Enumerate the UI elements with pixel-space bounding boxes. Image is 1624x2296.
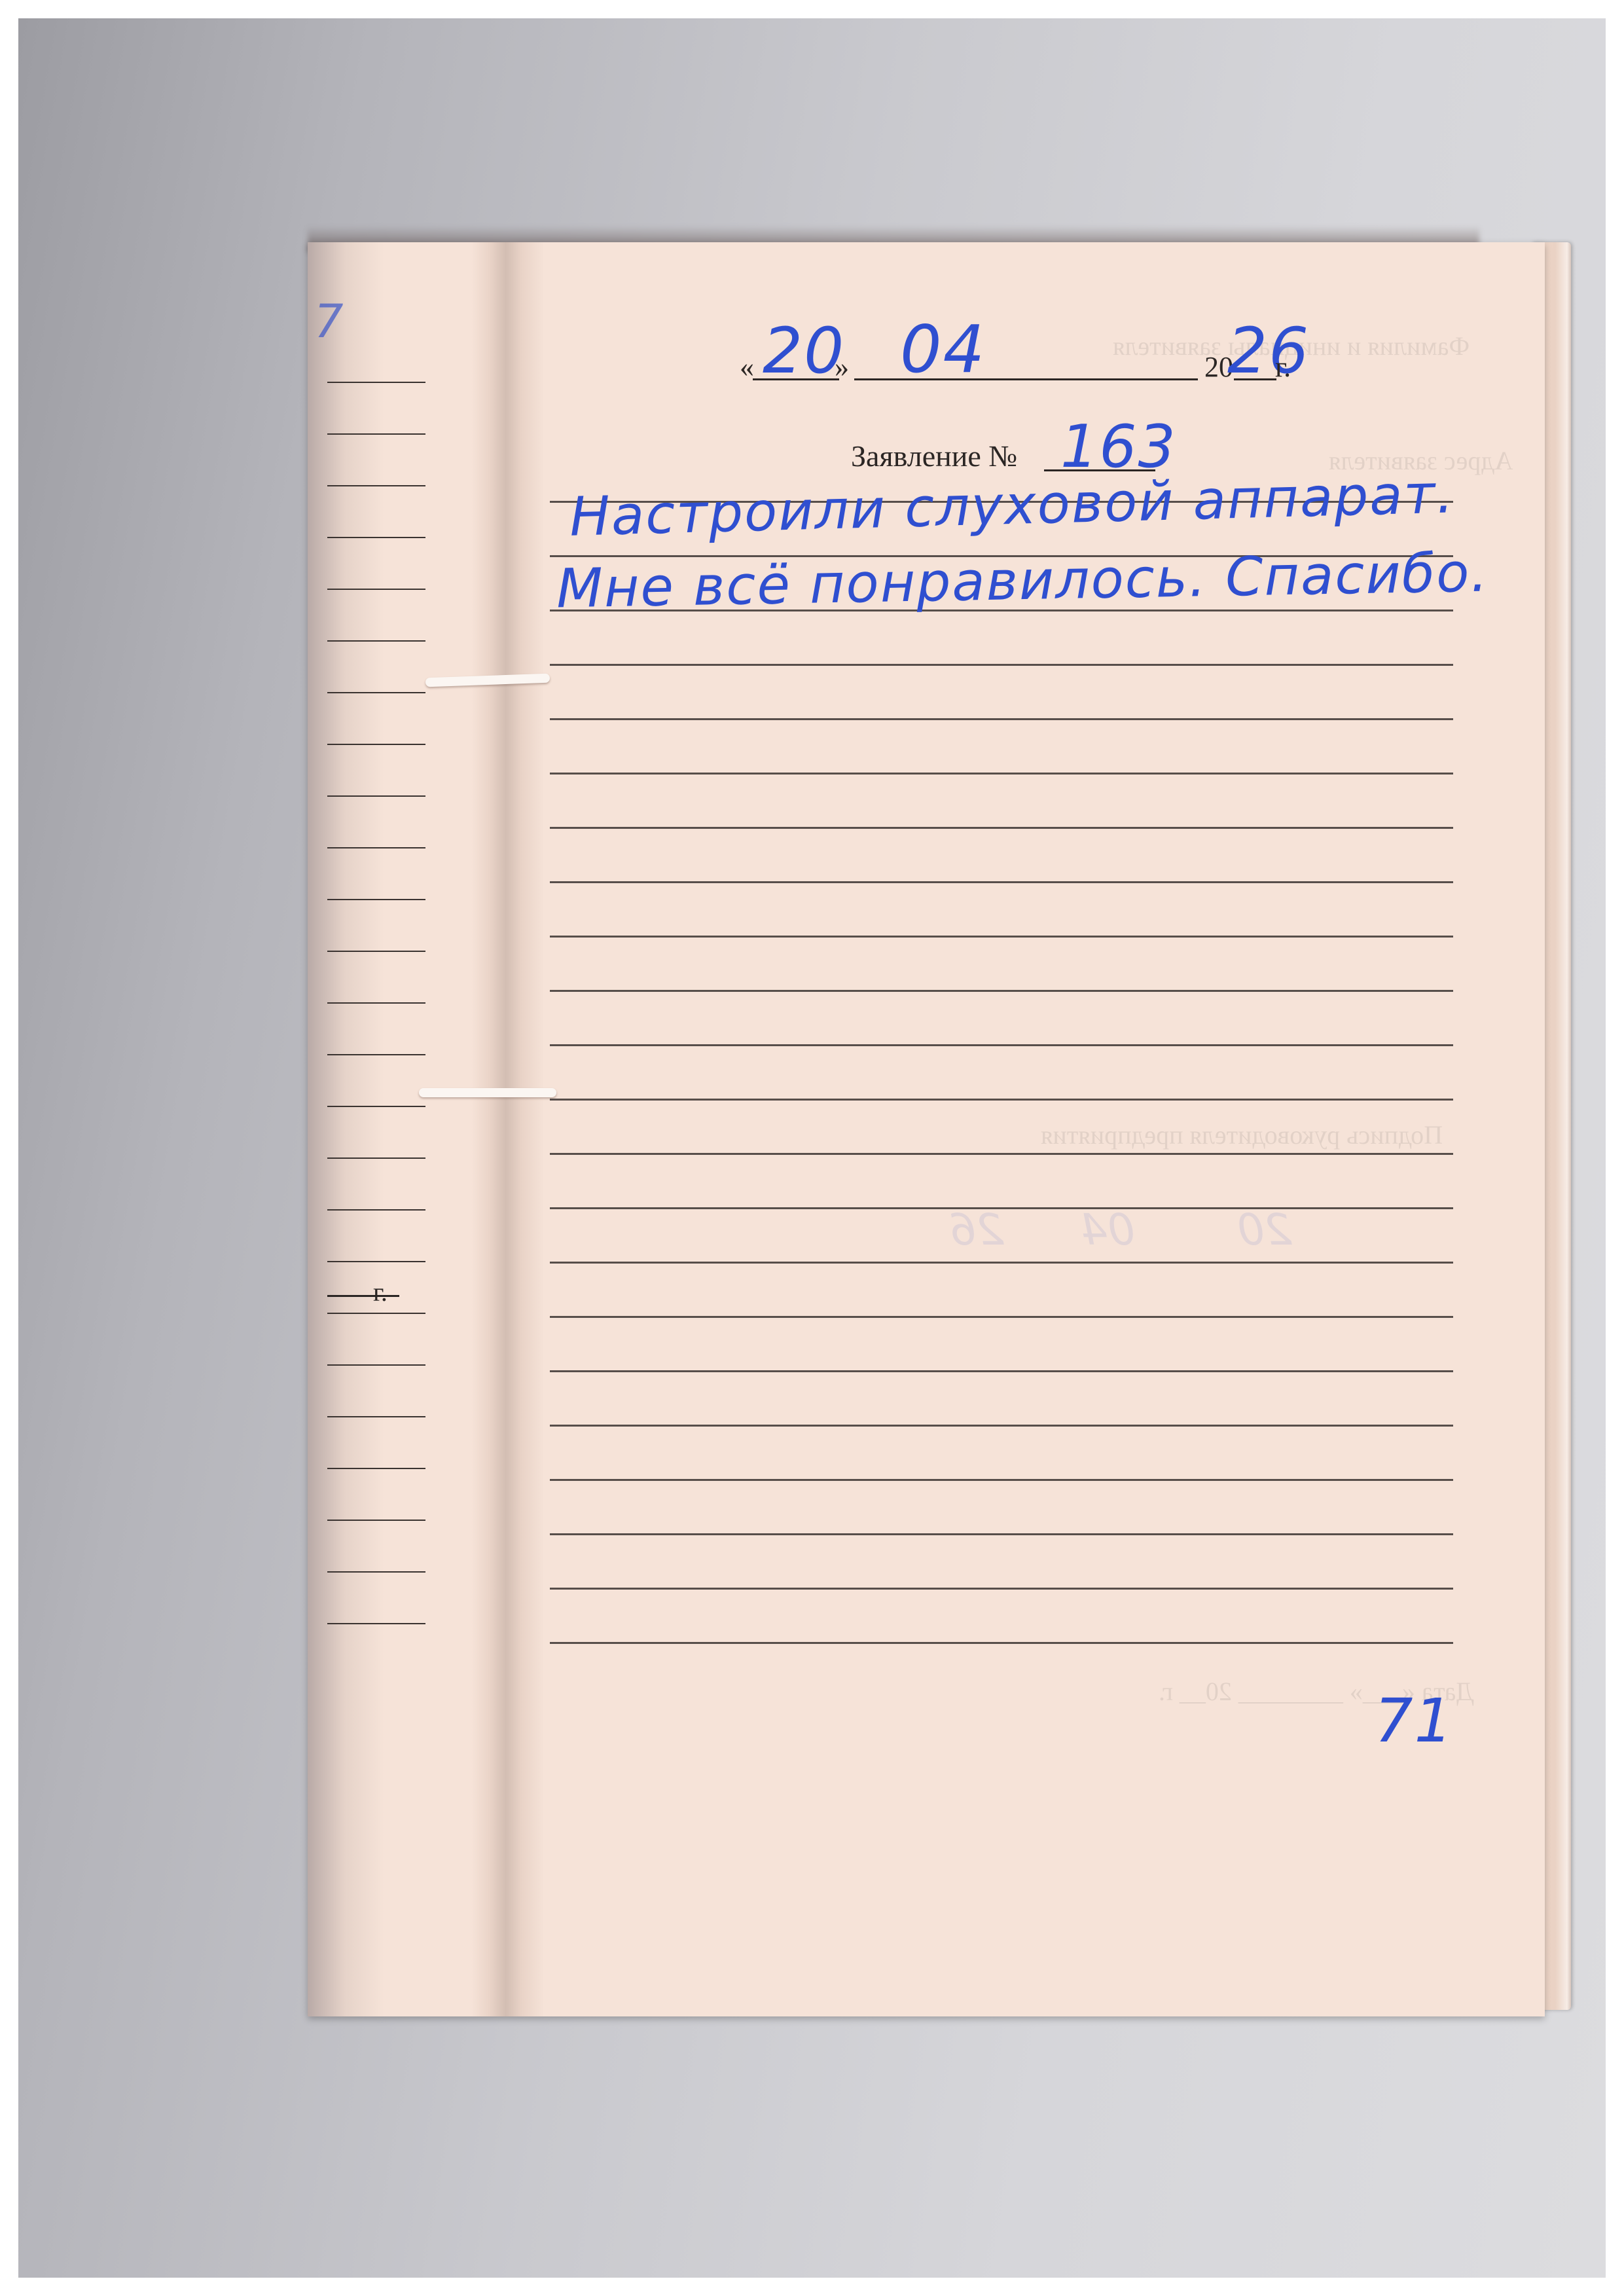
stub-ruled-line — [327, 951, 425, 952]
binding-stitch-bottom — [419, 1088, 556, 1097]
ruled-line — [550, 718, 1453, 720]
stub-column — [308, 242, 478, 2016]
ruled-line — [550, 1153, 1453, 1155]
ruled-line — [550, 990, 1453, 992]
ruled-line — [550, 936, 1453, 938]
ruled-line — [550, 1370, 1453, 1372]
stub-ruled-line — [327, 1364, 425, 1366]
ruled-line — [550, 827, 1453, 829]
date-close-quote: » — [835, 350, 849, 384]
stub-ruled-line — [327, 589, 425, 590]
stub-ruled-line — [327, 744, 425, 745]
stub-ruled-line — [327, 1209, 425, 1211]
stub-ruled-line — [327, 795, 425, 797]
ruled-line — [550, 1533, 1453, 1535]
statement-label: Заявление № — [851, 439, 1017, 473]
stub-ruled-line — [327, 433, 425, 435]
show-through-handwriting: 20 — [1237, 1205, 1292, 1255]
stub-ruled-line — [327, 1313, 425, 1314]
stub-ruled-line — [327, 1054, 425, 1055]
stub-margin-mark: 7 — [314, 295, 344, 348]
ruled-line — [550, 1207, 1453, 1209]
stub-ruled-line — [327, 847, 425, 848]
stub-ruled-line — [327, 1571, 425, 1573]
ruled-line — [550, 1262, 1453, 1264]
stub-ruled-line — [327, 1416, 425, 1417]
stub-ruled-line — [327, 1623, 425, 1624]
date-day-handwritten: 20 — [763, 314, 845, 388]
stub-ruled-line — [327, 1520, 425, 1521]
stub-ruled-line — [327, 692, 425, 693]
stub-ruled-line — [327, 1157, 425, 1159]
date-year-suffix: г. — [1275, 350, 1291, 384]
stub-ruled-line — [327, 899, 425, 900]
ruled-line — [550, 1316, 1453, 1318]
body-line-1: Настроили слуховой аппарат. — [569, 463, 1455, 548]
ruled-line — [550, 881, 1453, 883]
log-book-page: 7 г. Фамилия и инициалы заявителя Адрес … — [308, 242, 1545, 2016]
stub-year-suffix: г. — [373, 1277, 388, 1307]
show-through-handwriting: 04 — [1080, 1205, 1135, 1255]
body-line-2: Мне всё понравилось. Спасибо. — [556, 542, 1489, 621]
page-number-handwritten: 71 — [1375, 1686, 1454, 1756]
ruled-line — [550, 664, 1453, 666]
stub-ruled-line — [327, 1261, 425, 1262]
ruled-line — [550, 773, 1453, 774]
date-open-quote: « — [740, 350, 754, 384]
ruled-line — [550, 1425, 1453, 1427]
ruled-line — [550, 1642, 1453, 1644]
stub-ruled-line — [327, 1106, 425, 1107]
stub-ruled-line — [327, 1002, 425, 1004]
show-through-text: Подпись руководителя предприятия — [1041, 1120, 1443, 1150]
stub-ruled-line — [327, 1468, 425, 1469]
ruled-line — [550, 1099, 1453, 1101]
show-through-handwriting: 26 — [949, 1205, 1004, 1255]
stub-ruled-line — [327, 537, 425, 538]
stub-ruled-line — [327, 640, 425, 642]
date-year-handwritten: 26 — [1227, 314, 1310, 388]
date-month-handwritten: 04 — [900, 311, 986, 388]
binding-gutter — [471, 242, 543, 2016]
stub-ruled-line — [327, 382, 425, 383]
ruled-line — [550, 1588, 1453, 1590]
ruled-line — [550, 1479, 1453, 1481]
ruled-line — [550, 1044, 1453, 1046]
stub-year-underline — [327, 1295, 399, 1297]
stub-ruled-line — [327, 485, 425, 486]
